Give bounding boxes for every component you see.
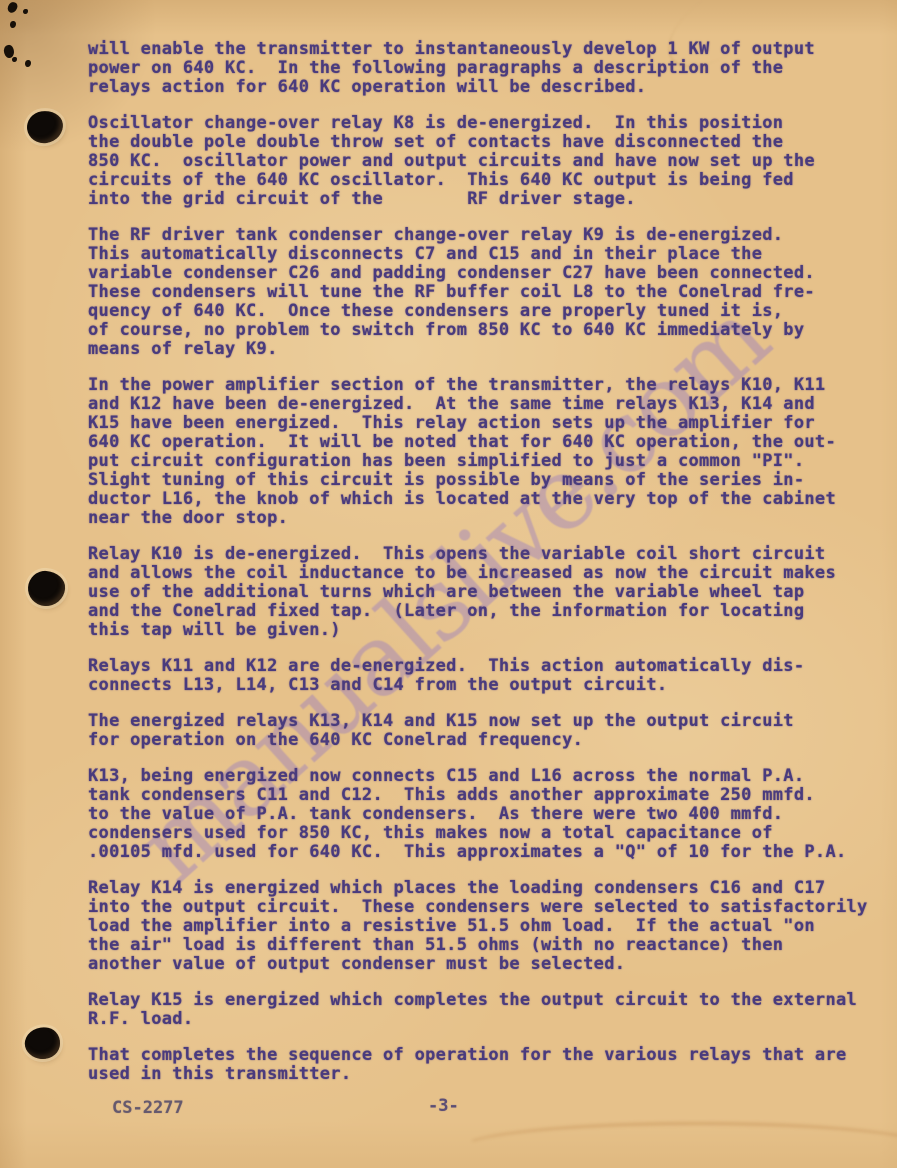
ink-speck [23,9,28,14]
paragraph-relay-k8: Oscillator change-over relay K8 is de-en… [88,114,890,209]
hole-punch-mark-middle [27,570,66,607]
ink-speck [6,1,18,14]
paragraph-k13: K13, being energized now connects C15 an… [88,767,890,862]
paragraph-relay-k15: Relay K15 is energized which completes t… [88,991,890,1029]
ink-speck [12,57,17,62]
hole-punch-mark-top [25,109,65,146]
paragraph-relay-k9: The RF driver tank condenser change-over… [88,226,890,359]
paragraph-conclusion: That completes the sequence of operation… [88,1046,890,1084]
scanned-document-page: manualslive.com will enable the transmit… [0,0,897,1168]
paragraph-relay-k10: Relay K10 is de-energized. This opens th… [88,545,890,640]
hole-punch-mark-bottom [22,1024,63,1063]
ink-speck [10,21,16,28]
paragraph-relays-k11-k12: Relays K11 and K12 are de-energized. Thi… [88,657,890,695]
paragraph-power-amplifier: In the power amplifier section of the tr… [88,376,890,528]
paragraph-energized-relays: The energized relays K13, K14 and K15 no… [88,712,890,750]
paragraph-relay-k14: Relay K14 is energized which places the … [88,879,890,974]
paper-stain [460,1122,897,1168]
paragraph-intro: will enable the transmitter to instantan… [88,40,890,97]
ink-speck [25,60,31,67]
document-body: will enable the transmitter to instantan… [88,40,890,1101]
page-number: -3- [428,1096,459,1116]
document-code: CS-2277 [112,1098,184,1118]
